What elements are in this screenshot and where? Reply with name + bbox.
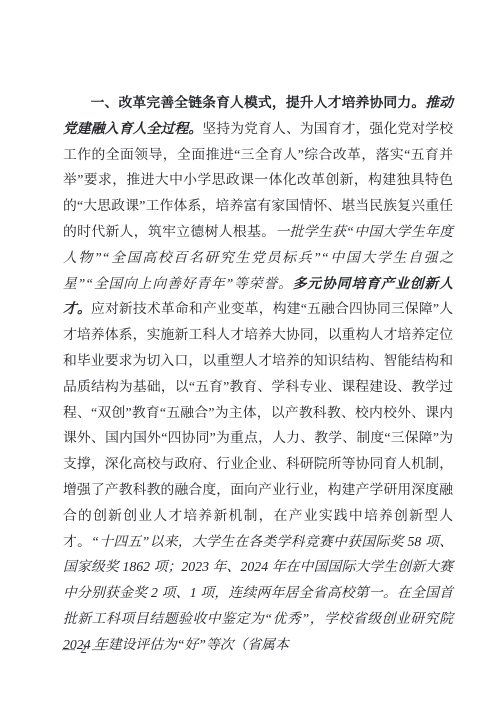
body-text-run-1: 坚持为党育人、为国育才，强化党对学校工作的全面领导，全面推进“三全育人”综合改革… bbox=[63, 121, 453, 239]
paragraph: 一、改革完善全链条育人模式，提升人才培养协同力。推动党建融入育人全过程。坚持为党… bbox=[63, 90, 453, 658]
page-number: — 2 — bbox=[62, 641, 106, 657]
body-text-run-2: 应对新技术革命和产业变革，构建“五融合四协同三保障”人才培养体系，实施新工科人才… bbox=[63, 301, 453, 548]
heading-run: 一、改革完善全链条育人模式，提升人才培养协同力。 bbox=[91, 95, 426, 110]
document-body: 一、改革完善全链条育人模式，提升人才培养协同力。推动党建融入育人全过程。坚持为党… bbox=[63, 90, 453, 658]
example-text-run-2: “十四五”以来，大学生在各类学科竞赛中获国际奖 58 项、国家级奖 1862 项… bbox=[63, 534, 453, 652]
document-page: 一、改革完善全链条育人模式，提升人才培养协同力。推动党建融入育人全过程。坚持为党… bbox=[0, 0, 502, 722]
